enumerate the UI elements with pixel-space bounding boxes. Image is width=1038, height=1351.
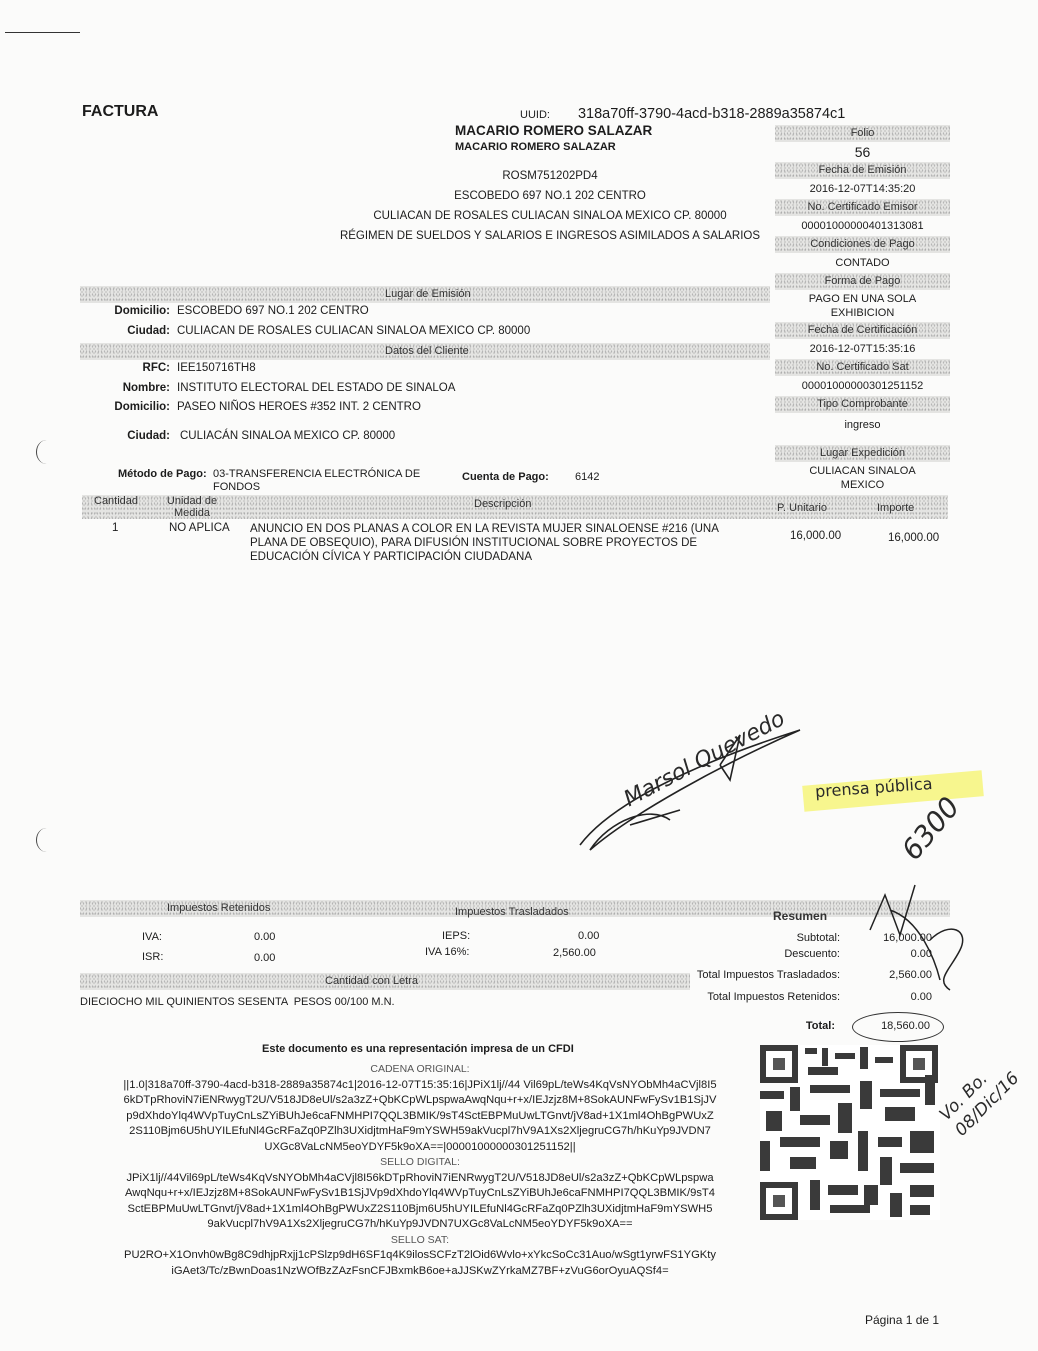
sidebar-label-certificado-sat: No. Certificado Sat	[775, 359, 950, 376]
sidebar-label-lugar-expedicion: Lugar Expedición	[775, 445, 950, 462]
sello-digital-line: SctEBPMuUwLTGnvt/jV8ad+1X1ml4OhBgPWUxZ2S…	[80, 1202, 760, 1218]
metodo-pago-label: Método de Pago:	[118, 468, 207, 480]
cadena-original-label: CADENA ORIGINAL:	[80, 1062, 760, 1078]
sidebar-value-tipo-comprobante: ingreso	[775, 413, 950, 445]
sello-digital-line: JPiX1lj//44Vil69pL/teWs4KqVsNYObMh4aCVjl…	[80, 1171, 760, 1187]
uuid-value: 318a70ff-3790-4acd-b318-2889a35874c1	[578, 106, 845, 122]
col-p-unitario: P. Unitario	[777, 502, 827, 514]
row-p-unitario: 16,000.00	[790, 530, 841, 542]
sidebar-label-fecha-emision: Fecha de Emisión	[775, 162, 950, 179]
sidebar-value-lugar-expedicion: CULIACAN SINALOA MEXICO	[775, 462, 950, 494]
tras-ieps-label: IEPS:	[442, 930, 470, 942]
metodo-pago-value: 03-TRANSFERENCIA ELECTRÓNICA DE FONDOS	[213, 468, 423, 494]
cliente-rfc-value: IEE150716TH8	[177, 362, 256, 374]
sello-sat-label: SELLO SAT:	[80, 1233, 760, 1249]
impuestos-trasladados-header: Impuestos Trasladados	[455, 904, 569, 921]
lugar-emision-header: Lugar de Emisión	[80, 286, 770, 303]
emisor-regimen: RÉGIMEN DE SUELDOS Y SALARIOS E INGRESOS…	[320, 226, 780, 246]
qr-finder	[760, 1045, 798, 1083]
cadena-line: ||1.0|318a70ff-3790-4acd-b318-2889a35874…	[80, 1078, 760, 1094]
emisor-city: CULIACAN DE ROSALES CULIACAN SINALOA MEX…	[320, 206, 780, 226]
cliente-header-label: Datos del Cliente	[385, 343, 469, 360]
cliente-ciudad-label: Ciudad:	[70, 430, 170, 442]
uuid-row: UUID:318a70ff-3790-4acd-b318-2889a35874c…	[520, 106, 845, 122]
emisor-name-small: MACARIO ROMERO SALAZAR	[455, 141, 616, 153]
emisor-block: MACARIO ROMERO SALAZAR	[300, 122, 800, 139]
sello-sat-line: PU2RO+X1Onvh0wBg8C9dhjpRxjj1cPSlzp9dH6SF…	[80, 1248, 760, 1264]
sidebar-value-fecha-certificacion: 2016-12-07T15:35:16	[775, 339, 950, 359]
sidebar-value-fecha-emision: 2016-12-07T14:35:20	[775, 179, 950, 199]
qr-code	[760, 1045, 940, 1220]
initials-scribble	[830, 880, 980, 1010]
emisor-rfc: ROSM751202PD4	[320, 166, 780, 186]
sello-digital-line: 9akVucpl7hV9A1Xs2XljegruCG7h/hKuYp9JVDN7…	[80, 1217, 760, 1233]
cuenta-pago-value: 6142	[575, 471, 599, 483]
total-label: Total:	[640, 1020, 835, 1032]
hole-punch-mark	[36, 440, 57, 464]
cliente-domicilio-value: PASEO NIÑOS HEROES #352 INT. 2 CENTRO	[177, 401, 421, 413]
impuestos-header: Impuestos Retenidos Impuestos Trasladado…	[80, 900, 950, 917]
ret-isr-value: 0.00	[254, 952, 275, 964]
cliente-rfc-label: RFC:	[70, 362, 170, 374]
cliente-domicilio-label: Domicilio:	[70, 401, 170, 413]
tras-iva-label: IVA 16%:	[425, 946, 469, 958]
cadena-line: UXGc8VaLcNM5eoYDYF5k9oXA==|0000100000030…	[80, 1140, 760, 1156]
vobo-annotation: Vo. Bo. 08/Dic/16	[935, 1046, 1030, 1141]
document-title: FACTURA	[82, 103, 158, 121]
sidebar-value-condiciones-pago: CONTADO	[775, 253, 950, 273]
page-number: Página 1 de 1	[865, 1313, 939, 1327]
lugar-ciudad-label: Ciudad:	[70, 325, 170, 337]
cadena-line: 2S110Bjm6U5hUYILEfuNl4GcRFaZq0PZlh3UXidj…	[80, 1124, 760, 1140]
subtotal-label: Subtotal:	[640, 932, 840, 944]
col-importe: Importe	[877, 502, 914, 514]
sidebar-value-certificado-emisor: 00001000000401313081	[775, 216, 950, 236]
impuestos-retenidos-header: Impuestos Retenidos	[167, 900, 270, 917]
row-importe: 16,000.00	[888, 532, 939, 544]
sello-digital-label: SELLO DIGITAL:	[80, 1155, 760, 1171]
sidebar-label-forma-pago: Forma de Pago	[775, 273, 950, 290]
sello-sat-line: iGAet3/Tc/zBwnDoas1NzWOfBzZAzFsnCFJBxmkB…	[80, 1264, 760, 1280]
sidebar-value-forma-pago: PAGO EN UNA SOLA EXHIBICION	[775, 290, 950, 322]
sidebar-label-condiciones-pago: Condiciones de Pago	[775, 236, 950, 253]
tras-iva-value: 2,560.00	[553, 947, 596, 959]
col-descripcion: Descripción	[474, 498, 531, 510]
sello-digital-line: AwqNqu+r+x/IEJzjz8M+8SokAUNFwFySv1B1SjJV…	[80, 1186, 760, 1202]
signature-scribble	[570, 725, 810, 865]
descuento-label: Descuento:	[640, 948, 840, 960]
sidebar-label-tipo-comprobante: Tipo Comprobante	[775, 396, 950, 413]
qr-finder	[760, 1182, 798, 1220]
cuenta-pago-label: Cuenta de Pago:	[462, 471, 549, 483]
emisor-details: ROSM751202PD4 ESCOBEDO 697 NO.1 202 CENT…	[320, 166, 780, 246]
sidebar-label-folio: Folio	[775, 125, 950, 142]
scan-mark-top	[5, 32, 80, 33]
cliente-nombre-label: Nombre:	[70, 382, 170, 394]
lugar-emision-header-label: Lugar de Emisión	[385, 286, 471, 303]
row-descripcion: ANUNCIO EN DOS PLANAS A COLOR EN LA REVI…	[250, 522, 720, 564]
sidebar-value-certificado-sat: 00001000000301251152	[775, 376, 950, 396]
cliente-ciudad-value: CULIACÁN SINALOA MEXICO CP. 80000	[180, 430, 395, 442]
cliente-header: Datos del Cliente	[80, 343, 770, 360]
sidebar-value-folio: 56	[775, 142, 950, 162]
cadena-line: p9dXhdoYlq4WVpTuyCnLsZYiBUhJe6caFNMHPI7Q…	[80, 1109, 760, 1125]
cantidad-letra-value: DIECIOCHO MIL QUINIENTOS SESENTA PESOS 0…	[80, 996, 395, 1008]
emisor-name: MACARIO ROMERO SALAZAR	[435, 122, 800, 139]
cadena-line: 6kDTpRhoviN7iENRwygT2U/V518JD8eUl/s2a3zZ…	[80, 1093, 760, 1109]
cfdi-notice: Este documento es una representación imp…	[262, 1043, 574, 1055]
sidebar-label-certificado-emisor: No. Certificado Emisor	[775, 199, 950, 216]
cliente-nombre-value: INSTITUTO ELECTORAL DEL ESTADO DE SINALO…	[177, 382, 455, 394]
lugar-ciudad-value: CULIACAN DE ROSALES CULIACAN SINALOA MEX…	[177, 325, 530, 337]
items-table-header: Cantidad Unidad de Medida Descripción P.…	[82, 495, 948, 519]
hole-punch-mark	[36, 828, 57, 852]
cantidad-letra-header-label: Cantidad con Letra	[325, 973, 418, 990]
cfdi-strings: CADENA ORIGINAL: ||1.0|318a70ff-3790-4ac…	[80, 1062, 760, 1279]
total-circle-mark	[852, 1012, 944, 1042]
row-unidad: NO APLICA	[169, 522, 230, 534]
tras-ieps-value: 0.00	[578, 930, 599, 942]
trasladados-label: Total Impuestos Trasladados:	[640, 969, 840, 981]
row-cantidad: 1	[112, 522, 118, 534]
sidebar-label-fecha-certificacion: Fecha de Certificación	[775, 322, 950, 339]
uuid-label: UUID:	[520, 109, 550, 121]
retenidos-label: Total Impuestos Retenidos:	[640, 991, 840, 1003]
cantidad-letra-header: Cantidad con Letra	[80, 973, 690, 990]
invoice-sidebar: Folio 56 Fecha de Emisión 2016-12-07T14:…	[775, 125, 950, 494]
resumen-header: Resumen	[773, 908, 827, 925]
lugar-domicilio-value: ESCOBEDO 697 NO.1 202 CENTRO	[177, 305, 369, 317]
ret-iva-label: IVA:	[142, 931, 162, 943]
lugar-domicilio-label: Domicilio:	[70, 305, 170, 317]
col-cantidad: Cantidad	[94, 495, 138, 507]
ret-iva-value: 0.00	[254, 931, 275, 943]
col-unidad: Unidad de Medida	[162, 495, 222, 519]
ret-isr-label: ISR:	[142, 951, 163, 963]
emisor-address: ESCOBEDO 697 NO.1 202 CENTRO	[320, 186, 780, 206]
